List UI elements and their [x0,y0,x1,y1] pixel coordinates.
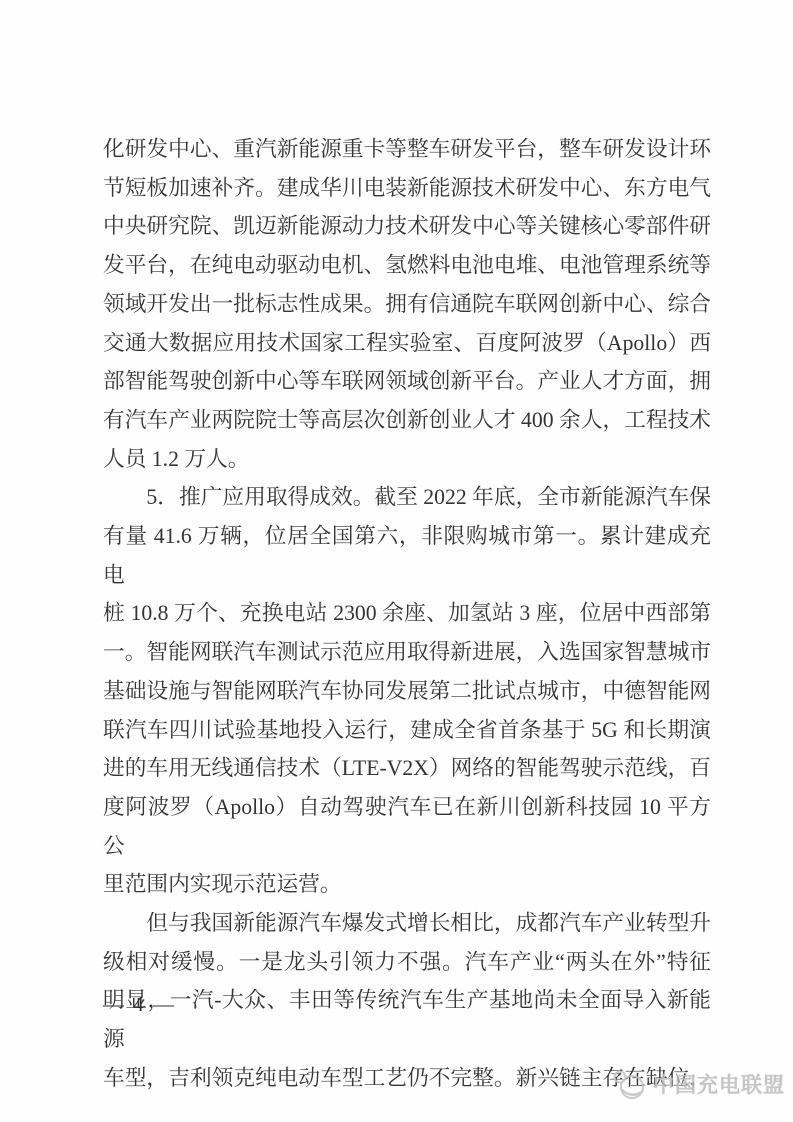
text-line: 化研发中心、重汽新能源重卡等整车研发平台，整车研发设计环 [103,130,711,169]
paragraph: 化研发中心、重汽新能源重卡等整车研发平台，整车研发设计环节短板加速补齐。建成华川… [103,130,711,478]
text-line: 度阿波罗（Apollo）自动驾驶汽车已在新川创新科技园 10 平方公 [103,788,711,865]
text-line: 里范围内实现示范运营。 [103,865,711,904]
text-line: 但与我国新能源汽车爆发式增长相比，成都汽车产业转型升 [103,904,711,943]
paragraph: 5．推广应用取得成效。截至 2022 年底，全市新能源汽车保有量 41.6 万辆… [103,478,711,904]
globe-charging-icon [610,1066,648,1102]
text-line: 一。智能网联汽车测试示范应用取得新进展，入选国家智慧城市 [103,633,711,672]
text-line: 进的车用无线通信技术（LTE-V2X）网络的智能驾驶示范线，百 [103,749,711,788]
text-line: 部智能驾驶创新中心等车联网领域创新平台。产业人才方面，拥 [103,362,711,401]
text-line: 5．推广应用取得成效。截至 2022 年底，全市新能源汽车保 [103,478,711,517]
text-line: 领域开发出一批标志性成果。拥有信通院车联网创新中心、综合 [103,285,711,324]
text-line: 节短板加速补齐。建成华川电装新能源技术研发中心、东方电气 [103,169,711,208]
text-line: 基础设施与智能网联汽车协同发展第二批试点城市，中德智能网 [103,672,711,711]
document-page: 化研发中心、重汽新能源重卡等整车研发平台，整车研发设计环节短板加速补齐。建成华川… [0,0,793,1122]
watermark-label: 中国充电联盟 [653,1069,785,1099]
text-line: 发平台，在纯电动驱动电机、氢燃料电池电堆、电池管理系统等 [103,246,711,285]
text-line: 级相对缓慢。一是龙头引领力不强。汽车产业“两头在外”特征 [103,943,711,982]
text-line: 联汽车四川试验基地投入运行，建成全省首条基于 5G 和长期演 [103,711,711,750]
document-body: 化研发中心、重汽新能源重卡等整车研发平台，整车研发设计环节短板加速补齐。建成华川… [103,130,711,1098]
text-line: 交通大数据应用技术国家工程实验室、百度阿波罗（Apollo）西 [103,324,711,363]
page-number: — 4 — [103,992,176,1017]
text-line: 人员 1.2 万人。 [103,440,711,479]
text-line: 有量 41.6 万辆，位居全国第六，非限购城市第一。累计建成充电 [103,517,711,594]
text-line: 中央研究院、凯迈新能源动力技术研发中心等关键核心零部件研 [103,207,711,246]
text-line: 明显，一汽-大众、丰田等传统汽车生产基地尚未全面导入新能源 [103,981,711,1058]
text-line: 桩 10.8 万个、充换电站 2300 余座、加氢站 3 座，位居中西部第 [103,594,711,633]
publisher-watermark: 中国充电联盟 [610,1066,785,1102]
text-line: 有汽车产业两院院士等高层次创新创业人才 400 余人，工程技术 [103,401,711,440]
